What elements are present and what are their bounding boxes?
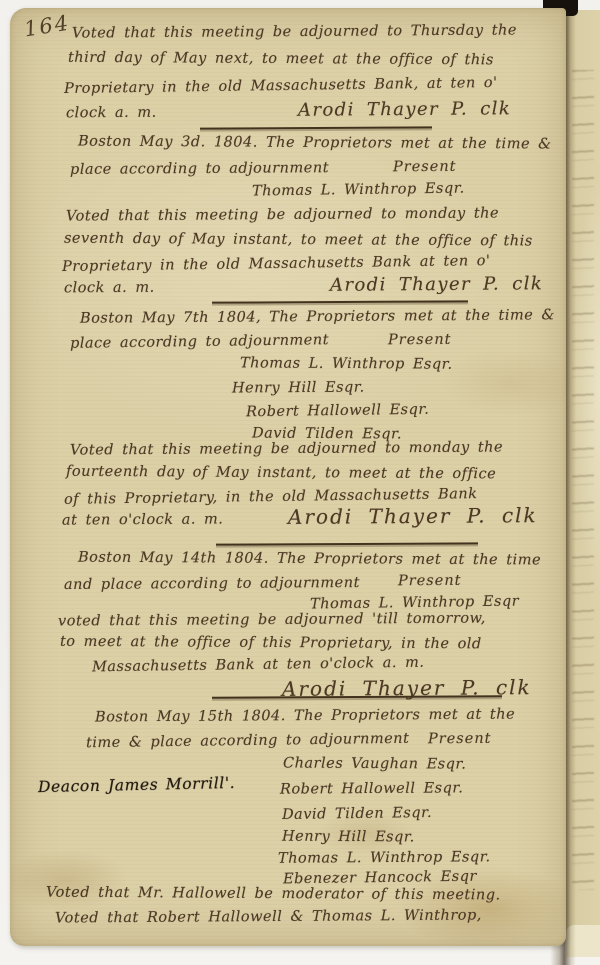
manuscript-line: Voted that Robert Hallowell & Thomas L. … <box>55 908 482 927</box>
present-label: Present <box>428 731 492 747</box>
entry-heading: Boston May 14th 1804. The Proprietors me… <box>78 550 541 569</box>
manuscript-line: Voted that this meeting be adjourned to … <box>72 22 517 41</box>
manuscript-line: place according to adjournment <box>70 160 329 178</box>
manuscript-line: at ten o'clock a. m. <box>62 511 223 528</box>
manuscript-line: Proprietary in the old Massachusetts Ban… <box>64 75 498 97</box>
clerk-signature: Arodi Thayer P. clk <box>298 98 511 120</box>
manuscript-line: Proprietary in the old Massachusetts Ban… <box>62 253 491 275</box>
attendee-name: Robert Hallowell Esqr. <box>246 402 430 421</box>
attendee-name: Thomas L. Winthrop Esqr. <box>252 181 465 200</box>
clerk-signature: Arodi Thayer P. clk <box>330 273 543 295</box>
entry-heading: Boston May 3d. 1804. The Proprietors met… <box>78 134 552 153</box>
manuscript-line: voted that this meeting be adjourned 'ti… <box>58 611 486 630</box>
margin-note: Deacon James Morrill'. <box>38 774 236 796</box>
attendee-name: Henry Hill Esqr. <box>282 829 415 846</box>
attendee-name: Robert Hallowell Esqr. <box>280 780 463 797</box>
manuscript-line: time & place according to adjournment <box>86 731 410 752</box>
attendee-name: Ebenezer Hancock Esqr <box>283 869 477 888</box>
attendee-name: Henry Hill Esqr. <box>232 380 365 397</box>
entry-heading: Boston May 15th 1804. The Proprietors me… <box>95 707 515 726</box>
attendee-name: Thomas L. Winthrop Esqr. <box>278 849 491 866</box>
manuscript-line: clock a. m. <box>64 280 155 297</box>
manuscript-page: 164 Voted that this meeting be adjourned… <box>10 8 566 946</box>
manuscript-line: place according to adjournment <box>70 332 329 352</box>
attendee-name: David Tilden Esqr. <box>282 805 432 823</box>
separator-rule <box>200 126 432 129</box>
present-label: Present <box>398 573 462 589</box>
present-label: Present <box>393 159 457 175</box>
present-label: Present <box>388 332 452 348</box>
manuscript-line: Voted that Mr. Hallowell be moderator of… <box>46 885 501 904</box>
attendee-name: Thomas L. Winthrop Esqr <box>310 594 519 613</box>
page-number: 164 <box>22 11 71 42</box>
manuscript-line: clock a. m. <box>66 105 157 122</box>
attendee-name: Charles Vaughan Esqr. <box>283 755 466 772</box>
manuscript-line: and place according to adjournment <box>64 575 360 593</box>
separator-rule <box>216 542 478 545</box>
manuscript-line: to meet at the office of this Proprietar… <box>60 634 482 653</box>
manuscript-line: Massachusetts Bank at ten o'clock a. m. <box>92 655 425 676</box>
manuscript-line: fourteenth day of May instant, to meet a… <box>66 464 496 483</box>
manuscript-line: Voted that this meeting be adjourned to … <box>66 205 499 224</box>
manuscript-line: seventh day of May instant, to meet at t… <box>64 231 533 250</box>
separator-rule <box>212 300 468 303</box>
entry-heading: Boston May 7th 1804, The Proprietors met… <box>80 307 555 326</box>
manuscript-line: Voted that this meeting be adjourned to … <box>70 439 503 458</box>
attendee-name: Thomas L. Winthrop Esqr. <box>240 355 453 372</box>
clerk-signature: Arodi Thayer P. clk <box>288 503 538 529</box>
manuscript-line: third day of May next, to meet at the of… <box>68 50 494 69</box>
